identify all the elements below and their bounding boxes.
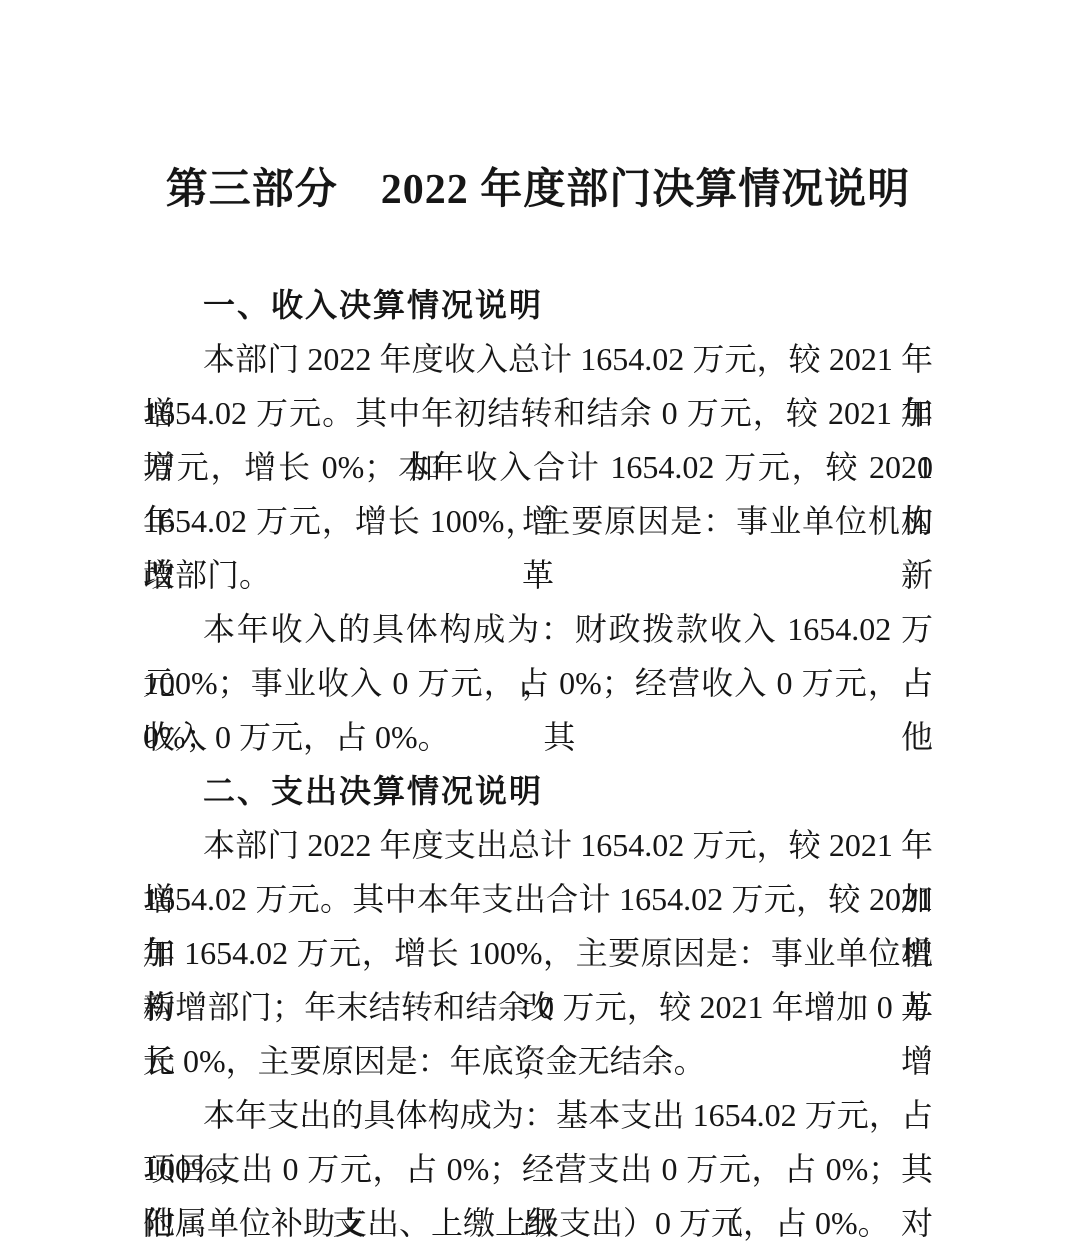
- text-line: 新增部门；年末结转和结余 0 万元，较 2021 年增加 0 万元，增: [143, 980, 933, 1034]
- text-line: 本年支出的具体构成为：基本支出 1654.02 万元，占 100%；: [143, 1088, 933, 1142]
- text-line: 1654.02 万元，增长 100%，主要原因是：事业单位机构改革新: [143, 494, 933, 548]
- text-line: 万元，增长 0%；本年收入合计 1654.02 万元，较 2021 年增加: [143, 440, 933, 494]
- paragraph-expenditure-composition: 本年支出的具体构成为：基本支出 1654.02 万元，占 100%； 项目支出 …: [143, 1088, 933, 1243]
- text-line: 附属单位补助支出、上缴上级支出）0 万元，占 0%。: [143, 1196, 933, 1243]
- document-title: 第三部分 2022 年度部门决算情况说明: [143, 0, 933, 220]
- section-income: 一、收入决算情况说明 本部门 2022 年度收入总计 1654.02 万元，较 …: [143, 278, 933, 764]
- paragraph-income-composition: 本年收入的具体构成为：财政拨款收入 1654.02 万元，占 100%；事业收入…: [143, 602, 933, 764]
- text-line: 本部门 2022 年度收入总计 1654.02 万元，较 2021 年增加: [143, 332, 933, 386]
- paragraph-income-summary: 本部门 2022 年度收入总计 1654.02 万元，较 2021 年增加 16…: [143, 332, 933, 602]
- text-line: 本年收入的具体构成为：财政拨款收入 1654.02 万元，占: [143, 602, 933, 656]
- document-body: 一、收入决算情况说明 本部门 2022 年度收入总计 1654.02 万元，较 …: [143, 278, 933, 1243]
- section-heading-expenditure: 二、支出决算情况说明: [143, 764, 933, 818]
- text-line: 项目支出 0 万元，占 0%；经营支出 0 万元，占 0%；其他支出（对: [143, 1142, 933, 1196]
- text-line: 1654.02 万元。其中本年支出合计 1654.02 万元，较 2021 年增: [143, 872, 933, 926]
- document-page: 第三部分 2022 年度部门决算情况说明 一、收入决算情况说明 本部门 2022…: [0, 0, 1074, 1243]
- text-line: 100%；事业收入 0 万元，占 0%；经营收入 0 万元，占 0%；其他: [143, 656, 933, 710]
- paragraph-expenditure-summary: 本部门 2022 年度支出总计 1654.02 万元，较 2021 年增加 16…: [143, 818, 933, 1088]
- document-content: 第三部分 2022 年度部门决算情况说明 一、收入决算情况说明 本部门 2022…: [0, 0, 1074, 1243]
- text-line: 1654.02 万元。其中年初结转和结余 0 万元，较 2021 年增加 0: [143, 386, 933, 440]
- section-expenditure: 二、支出决算情况说明 本部门 2022 年度支出总计 1654.02 万元，较 …: [143, 764, 933, 1243]
- section-heading-income: 一、收入决算情况说明: [143, 278, 933, 332]
- text-line: 本部门 2022 年度支出总计 1654.02 万元，较 2021 年增加: [143, 818, 933, 872]
- text-line: 加 1654.02 万元，增长 100%，主要原因是：事业单位机构改革: [143, 926, 933, 980]
